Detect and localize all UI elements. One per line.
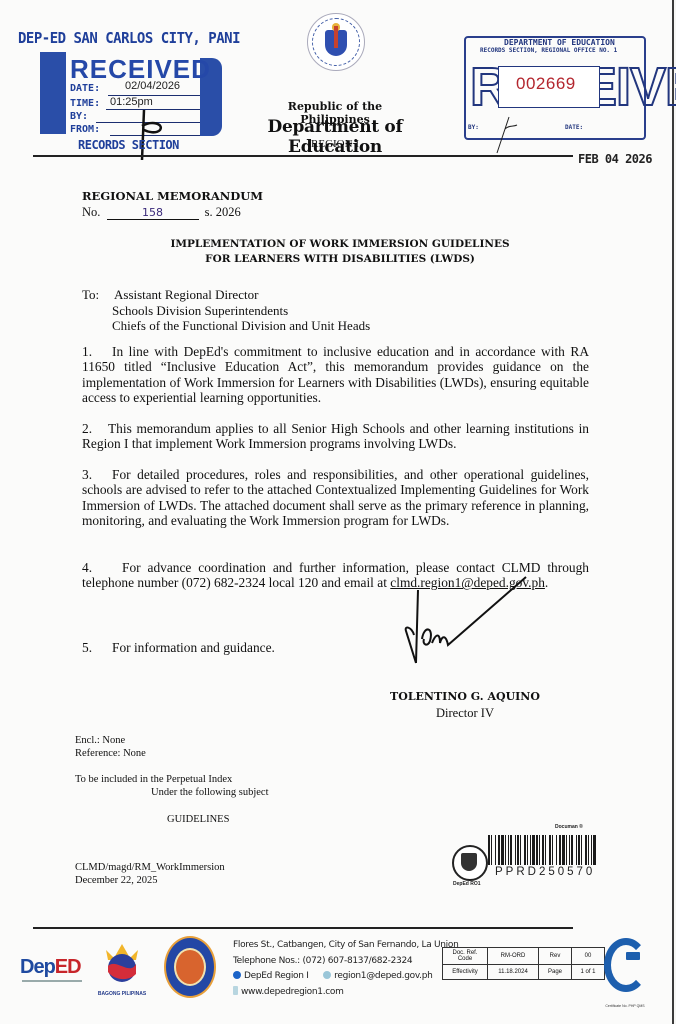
- memo-type: REGIONAL MEMORANDUM: [82, 189, 263, 203]
- paragraph-number: 1.: [82, 344, 112, 359]
- records-stamp-header: DEPARTMENT OF EDUCATION: [504, 38, 615, 47]
- paragraph-text: In line with DepEd's commitment to inclu…: [82, 344, 589, 405]
- footer-contact-info: Flores St., Catbangen, City of San Ferna…: [233, 938, 458, 1000]
- deped-logo-icon: DepED: [20, 956, 81, 979]
- stamp-date-value: 02/04/2026: [125, 80, 180, 92]
- records-stamp-subheader: RECORDS SECTION, REGIONAL OFFICE NO. 1: [480, 47, 617, 54]
- memo-title-line1: IMPLEMENTATION OF WORK IMMERSION GUIDELI…: [80, 237, 600, 252]
- deped-tagline: [22, 980, 82, 982]
- received-stamp-r-block: [40, 52, 66, 134]
- page-label: Page: [539, 965, 572, 980]
- footer-telephone: Telephone Nos.: (072) 607-8137/682-2324: [233, 954, 458, 970]
- letterhead-department: Department of Education: [230, 117, 440, 157]
- recipient: Assistant Regional Director: [114, 287, 370, 303]
- bagong-pilipinas-label: BAGONG PILIPINAS: [92, 991, 152, 997]
- control-number: 002669: [516, 74, 576, 94]
- memo-date: December 22, 2025: [75, 875, 158, 886]
- recipient: Schools Division Superintendents: [112, 303, 370, 319]
- stamp-time-label: TIME:: [70, 98, 100, 109]
- paragraph-text: This memorandum applies to all Senior Hi…: [82, 421, 589, 451]
- paragraph-end: .: [545, 575, 548, 590]
- records-stamp-by-label: BY:: [468, 124, 479, 131]
- footer-email[interactable]: region1@deped.gov.ph: [334, 971, 432, 981]
- records-stamp-date-label: DATE:: [565, 124, 583, 131]
- facebook-icon: [233, 971, 241, 979]
- paragraph-number: 3.: [82, 467, 112, 482]
- stamp-from-label: FROM:: [70, 124, 100, 135]
- deped-logo-ed: ED: [55, 956, 81, 978]
- paragraph-3: 3.For detailed procedures, roles and res…: [82, 467, 589, 529]
- signatory-title: Director IV: [385, 706, 545, 721]
- perpetual-index-line1: To be included in the Perpetual Index: [75, 774, 232, 785]
- letterhead-region: REGION I: [290, 138, 380, 150]
- footer-facebook[interactable]: DepEd Region I: [244, 971, 309, 981]
- deped-ro1-seal-icon: [452, 845, 488, 881]
- index-subject: GUIDELINES: [167, 814, 229, 825]
- footer-address: Flores St., Catbangen, City of San Ferna…: [233, 938, 458, 954]
- memorandum-page: DEP-ED SAN CARLOS CITY, PANI RECEIVED DA…: [0, 0, 674, 1024]
- file-reference: CLMD/magd/RM_WorkImmersion: [75, 862, 225, 873]
- website-icon: [233, 986, 238, 995]
- effectivity-label: Effectivity: [443, 965, 488, 980]
- memo-series: s. 2026: [205, 205, 241, 219]
- region-seal-icon: [164, 936, 216, 998]
- received-stamp-office: DEP-ED SAN CARLOS CITY, PANI: [18, 31, 240, 48]
- iso-certification-icon: [604, 938, 648, 992]
- paragraph-1: 1.In line with DepEd's commitment to inc…: [82, 344, 589, 406]
- paragraph-number: 5.: [82, 640, 112, 655]
- email-icon: [323, 971, 331, 979]
- memo-title-line2: FOR LEARNERS WITH DISABILITIES (LWDS): [80, 252, 600, 267]
- page-value: 1 of 1: [572, 965, 605, 980]
- doc-ref-code-value: RM-ORD: [488, 948, 539, 965]
- barcode-label: Documan ®: [555, 824, 583, 830]
- signatory-name: TOLENTINO G. AQUINO: [385, 690, 545, 703]
- barcode-number: PPRD250570: [495, 866, 595, 878]
- header-divider: [33, 155, 573, 157]
- paragraph-number: 2.: [82, 421, 108, 436]
- to-label: To:: [82, 287, 99, 303]
- reference-line: Reference: None: [75, 748, 146, 759]
- received-date-stamp: FEB 04 2026: [578, 152, 652, 166]
- perpetual-index-line2: Under the following subject: [151, 787, 269, 798]
- deped-seal-icon: [307, 13, 365, 71]
- enclosure-line: Encl.: None: [75, 735, 125, 746]
- effectivity-value: 11.18.2024: [488, 965, 539, 980]
- memo-number-value: 158: [107, 206, 199, 220]
- stamp-by-label: BY:: [70, 111, 88, 122]
- doc-ref-code-label: Doc. Ref. Code: [443, 948, 488, 965]
- paragraph-text: For information and guidance.: [112, 640, 275, 655]
- memo-number-label: No.: [82, 205, 100, 219]
- records-initials-icon: [495, 115, 525, 155]
- bagong-pilipinas-logo-icon: [100, 936, 144, 982]
- rev-value: 00: [572, 948, 605, 965]
- paragraph-2: 2.This memorandum applies to all Senior …: [82, 421, 589, 452]
- deped-logo-dep: Dep: [20, 956, 55, 978]
- footer-divider: [33, 927, 573, 929]
- paragraph-number: 4.: [82, 560, 122, 575]
- footer-website[interactable]: www.depedregion1.com: [241, 987, 344, 997]
- iso-certificate-label: Certificate No. PHP QMS: [605, 1004, 645, 1008]
- stamp-time-value: 01:25pm: [110, 96, 153, 108]
- recipient: Chiefs of the Functional Division and Un…: [112, 318, 370, 334]
- memo-title: IMPLEMENTATION OF WORK IMMERSION GUIDELI…: [80, 237, 600, 267]
- stamp-date-label: DATE:: [70, 83, 100, 94]
- document-reference-table: Doc. Ref. Code RM-ORD Rev 00 Effectivity…: [442, 947, 605, 980]
- footer-social: DepEd Region I region1@deped.gov.ph: [233, 969, 458, 985]
- stamp-records-section: RECORDS SECTION: [78, 138, 179, 152]
- iso-badge-icon: [626, 952, 640, 960]
- memo-number: No. 158 s. 2026: [82, 205, 241, 220]
- paragraph-text: For detailed procedures, roles and respo…: [82, 467, 589, 528]
- barcode-seal-label: DepEd RO1: [453, 881, 481, 887]
- rev-label: Rev: [539, 948, 572, 965]
- director-signature-icon: [400, 575, 530, 675]
- footer-web-row: www.depedregion1.com: [233, 985, 458, 1001]
- barcode-icon: [488, 835, 596, 865]
